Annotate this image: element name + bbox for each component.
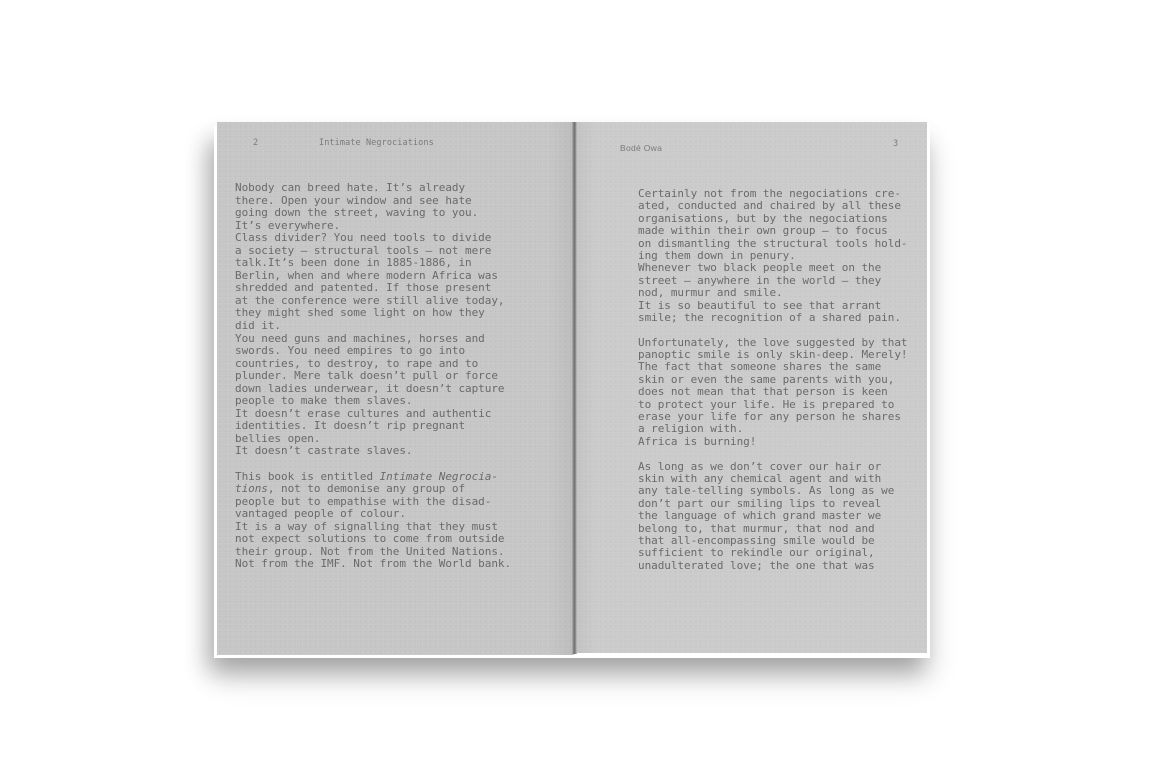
text-line: the language of which grand master we <box>638 510 907 522</box>
text-line: not expect solutions to come from outsid… <box>235 533 511 546</box>
italic-title: Intimate Negrocia- <box>380 470 498 483</box>
left-page-body: Nobody can breed hate. It’s alreadythere… <box>235 182 511 571</box>
text-line: talk.It’s been done in 1885-1886, in <box>235 257 511 270</box>
text-line: It doesn’t castrate slaves. <box>235 445 511 458</box>
text-line: Whenever two black people meet on the <box>638 262 907 274</box>
photo-background: 2 Intimate Negrociations Bodé Owa 3 Nobo… <box>0 0 1150 767</box>
text-line: made within their own group – to focus <box>638 225 907 237</box>
text-line: nod, murmur and smile. <box>638 287 907 299</box>
left-page-number: 2 <box>253 138 258 148</box>
text-line: The fact that someone shares the same <box>638 361 907 373</box>
running-author: Bodé Owa <box>620 143 662 153</box>
text-line: a religion with. <box>638 423 907 435</box>
right-page-body: Certainly not from the negociations cre-… <box>638 188 907 572</box>
book-gutter <box>572 122 577 654</box>
text-line: did it. <box>235 320 511 333</box>
text-line: people to make them slaves. <box>235 395 511 408</box>
text-line: vantaged people of colour. <box>235 508 511 521</box>
text-line: swords. You need empires to go into <box>235 345 511 358</box>
text-line: smile; the recognition of a shared pain. <box>638 312 907 324</box>
text-line <box>638 324 907 336</box>
gutter-shade-right <box>577 122 597 653</box>
text-line: Not from the IMF. Not from the World ban… <box>235 558 511 571</box>
running-title: Intimate Negrociations <box>319 138 434 148</box>
text-line: Class divider? You need tools to divide <box>235 232 511 245</box>
text-line: ated, conducted and chaired by all these <box>638 200 907 212</box>
italic-title: tions <box>235 482 268 495</box>
text-line: plunder. Mere talk doesn’t pull or force <box>235 370 511 383</box>
text-line: unadulterated love; the one that was <box>638 560 907 572</box>
right-page-number: 3 <box>893 139 898 149</box>
text-line: does not mean that that person is keen <box>638 386 907 398</box>
text-line: Africa is burning! <box>638 436 907 448</box>
text-line: going down the street, waving to you. <box>235 207 511 220</box>
text-line: sufficient to rekindle our original, <box>638 547 907 559</box>
text-line: tions, not to demonise any group of <box>235 483 511 496</box>
text-line <box>638 448 907 460</box>
text-line: Nobody can breed hate. It’s already <box>235 182 511 195</box>
text-line: any tale-telling symbols. As long as we <box>638 485 907 497</box>
gutter-shade-left <box>548 122 573 655</box>
